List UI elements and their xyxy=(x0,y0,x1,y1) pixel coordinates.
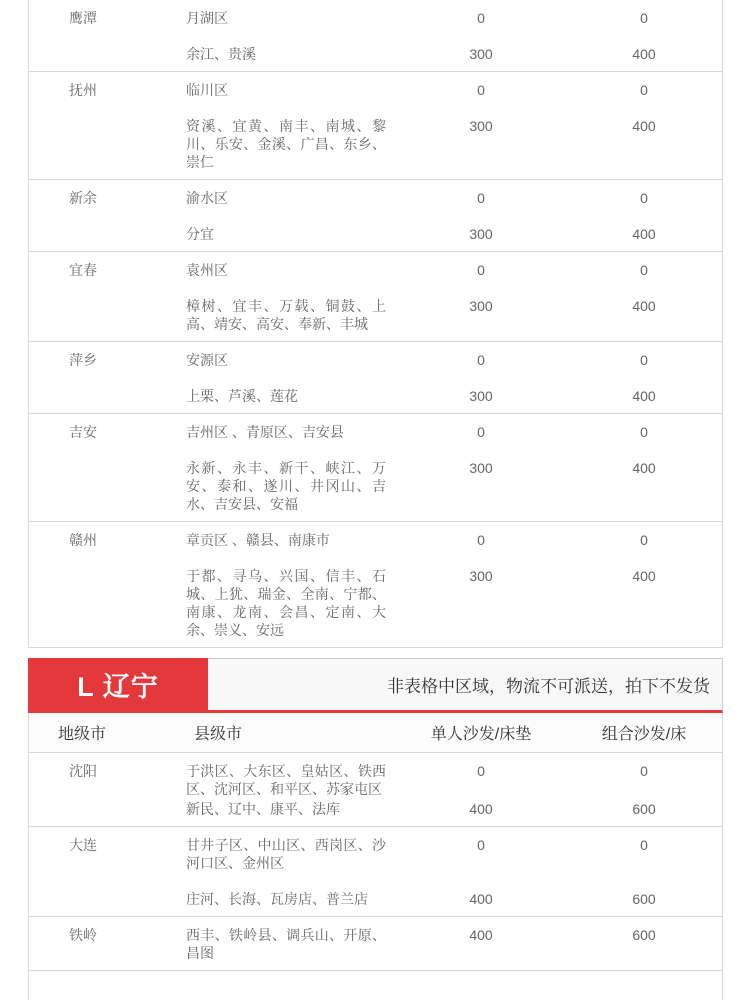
fee-subrow: 章贡区 、赣县、南康市00 xyxy=(159,531,722,549)
combo-sofa-fee: 0 xyxy=(566,531,722,549)
single-sofa-fee: 0 xyxy=(396,531,566,549)
single-sofa-fee: 400 xyxy=(396,926,566,962)
city-group-row: 大连甘井子区、中山区、西岗区、沙河口区、金州区00庄河、长海、瓦房店、普兰店40… xyxy=(29,827,722,917)
fee-subrow: 余江、贵溪300400 xyxy=(159,45,722,63)
county-list: 于都、寻乌、兴国、信丰、石城、上犹、瑞金、全南、宁都、南康、龙南、会昌、定南、大… xyxy=(159,567,396,639)
county-list: 吉州区 、青原区、吉安县 xyxy=(159,423,396,441)
county-list: 余江、贵溪 xyxy=(159,45,396,63)
combo-sofa-fee: 600 xyxy=(566,890,722,908)
city-name: 大连 xyxy=(29,836,159,908)
liaoning-section-banner: L 辽宁 非表格中区域，物流不可派送，拍下不发货 xyxy=(28,658,723,713)
fee-subrow: 樟树、宜丰、万载、铜鼓、上高、靖安、高安、奉新、丰城300400 xyxy=(159,297,722,333)
city-name: 宜春 xyxy=(29,261,159,333)
jiangxi-fee-table: 鹰潭月湖区00余江、贵溪300400抚州临川区00资溪、宜黄、南丰、南城、黎川、… xyxy=(28,0,723,648)
single-sofa-fee: 0 xyxy=(396,836,566,872)
table-header-row: 地级市 县级市 单人沙发/床垫 组合沙发/床 xyxy=(29,713,722,753)
combo-sofa-fee: 400 xyxy=(566,297,722,333)
city-group-row: 沈阳于洪区、大东区、皇姑区、铁西区、沈河区、和平区、苏家屯区00新民、辽中、康平… xyxy=(29,753,722,827)
fee-subrows: 安源区00上栗、芦溪、莲花300400 xyxy=(159,351,722,405)
fee-subrows: 渝水区00分宜300400 xyxy=(159,189,722,243)
city-group-row: 吉安吉州区 、青原区、吉安县00永新、永丰、新干、峡江、万安、泰和、遂川、井冈山… xyxy=(29,414,722,522)
single-sofa-fee: 0 xyxy=(396,261,566,279)
county-list: 月湖区 xyxy=(159,9,396,27)
city-group-row: 铁岭西丰、铁岭县、调兵山、开原、昌图400600 xyxy=(29,917,722,971)
county-list: 资溪、宜黄、南丰、南城、黎川、乐安、金溪、广昌、东乡、崇仁 xyxy=(159,117,396,171)
single-sofa-fee: 0 xyxy=(396,762,566,798)
fee-subrow: 袁州区00 xyxy=(159,261,722,279)
fee-subrow: 渝水区00 xyxy=(159,189,722,207)
shipping-fee-page: 鹰潭月湖区00余江、贵溪300400抚州临川区00资溪、宜黄、南丰、南城、黎川、… xyxy=(28,0,723,1000)
fee-subrow: 临川区00 xyxy=(159,81,722,99)
county-list: 袁州区 xyxy=(159,261,396,279)
single-sofa-fee: 400 xyxy=(396,890,566,908)
single-sofa-fee: 400 xyxy=(396,800,566,818)
county-list: 庄河、长海、瓦房店、普兰店 xyxy=(159,890,396,908)
fee-subrow: 分宜300400 xyxy=(159,225,722,243)
combo-sofa-fee: 0 xyxy=(566,351,722,369)
fee-subrow: 安源区00 xyxy=(159,351,722,369)
fee-subrows: 袁州区00樟树、宜丰、万载、铜鼓、上高、靖安、高安、奉新、丰城300400 xyxy=(159,261,722,333)
fee-subrow: 于洪区、大东区、皇姑区、铁西区、沈河区、和平区、苏家屯区00 xyxy=(159,762,722,798)
combo-sofa-fee: 0 xyxy=(566,9,722,27)
column-header-combo-sofa-fee: 组合沙发/床 xyxy=(566,721,722,744)
city-group-row: 宜春袁州区00樟树、宜丰、万载、铜鼓、上高、靖安、高安、奉新、丰城300400 xyxy=(29,252,722,342)
single-sofa-fee: 0 xyxy=(396,189,566,207)
county-list: 上栗、芦溪、莲花 xyxy=(159,387,396,405)
county-list: 西丰、铁岭县、调兵山、开原、昌图 xyxy=(159,926,396,962)
liaoning-fee-table: 地级市 县级市 单人沙发/床垫 组合沙发/床 沈阳于洪区、大东区、皇姑区、铁西区… xyxy=(28,713,723,1000)
combo-sofa-fee: 400 xyxy=(566,459,722,513)
fee-subrows: 吉州区 、青原区、吉安县00永新、永丰、新干、峡江、万安、泰和、遂川、井冈山、吉… xyxy=(159,423,722,513)
city-name: 抚州 xyxy=(29,81,159,171)
fee-subrow: 资溪、宜黄、南丰、南城、黎川、乐安、金溪、广昌、东乡、崇仁300400 xyxy=(159,117,722,171)
column-header-single-sofa-fee: 单人沙发/床垫 xyxy=(396,721,566,744)
single-sofa-fee: 300 xyxy=(396,45,566,63)
city-name: 萍乡 xyxy=(29,351,159,405)
city-group-row: 新余渝水区00分宜300400 xyxy=(29,180,722,252)
combo-sofa-fee: 0 xyxy=(566,762,722,798)
fee-subrows: 甘井子区、中山区、西岗区、沙河口区、金州区00庄河、长海、瓦房店、普兰店4006… xyxy=(159,836,722,908)
combo-sofa-fee: 400 xyxy=(566,225,722,243)
fee-subrow: 新民、辽中、康平、法库400600 xyxy=(159,800,722,818)
combo-sofa-fee: 0 xyxy=(566,836,722,872)
city-group-row: 萍乡安源区00上栗、芦溪、莲花300400 xyxy=(29,342,722,414)
fee-subrow: 月湖区00 xyxy=(159,9,722,27)
city-group-row: 鹰潭月湖区00余江、贵溪300400 xyxy=(29,0,722,72)
single-sofa-fee: 300 xyxy=(396,387,566,405)
fee-subrow: 于都、寻乌、兴国、信丰、石城、上犹、瑞金、全南、宁都、南康、龙南、会昌、定南、大… xyxy=(159,567,722,639)
fee-subrow: 永新、永丰、新干、峡江、万安、泰和、遂川、井冈山、吉水、吉安县、安福300400 xyxy=(159,459,722,513)
city-name: 沈阳 xyxy=(29,762,159,818)
combo-sofa-fee: 0 xyxy=(566,261,722,279)
fee-subrows: 章贡区 、赣县、南康市00于都、寻乌、兴国、信丰、石城、上犹、瑞金、全南、宁都、… xyxy=(159,531,722,639)
county-list: 临川区 xyxy=(159,81,396,99)
combo-sofa-fee: 600 xyxy=(566,926,722,962)
single-sofa-fee: 300 xyxy=(396,567,566,639)
combo-sofa-fee: 0 xyxy=(566,81,722,99)
fee-subrows: 临川区00资溪、宜黄、南丰、南城、黎川、乐安、金溪、广昌、东乡、崇仁300400 xyxy=(159,81,722,171)
combo-sofa-fee: 400 xyxy=(566,567,722,639)
county-list: 分宜 xyxy=(159,225,396,243)
county-list: 樟树、宜丰、万载、铜鼓、上高、靖安、高安、奉新、丰城 xyxy=(159,297,396,333)
single-sofa-fee: 300 xyxy=(396,459,566,513)
fee-subrow: 吉州区 、青原区、吉安县00 xyxy=(159,423,722,441)
combo-sofa-fee: 400 xyxy=(566,45,722,63)
city-name: 新余 xyxy=(29,189,159,243)
city-name: 铁岭 xyxy=(29,926,159,962)
next-row-partial xyxy=(29,971,722,1000)
county-list: 渝水区 xyxy=(159,189,396,207)
county-list: 安源区 xyxy=(159,351,396,369)
city-group-row: 抚州临川区00资溪、宜黄、南丰、南城、黎川、乐安、金溪、广昌、东乡、崇仁3004… xyxy=(29,72,722,180)
fee-subrows: 月湖区00余江、贵溪300400 xyxy=(159,9,722,63)
combo-sofa-fee: 400 xyxy=(566,387,722,405)
fee-subrow: 甘井子区、中山区、西岗区、沙河口区、金州区00 xyxy=(159,836,722,872)
single-sofa-fee: 300 xyxy=(396,225,566,243)
column-header-county-level: 县级市 xyxy=(159,721,396,744)
single-sofa-fee: 0 xyxy=(396,9,566,27)
single-sofa-fee: 0 xyxy=(396,351,566,369)
fee-subrow: 庄河、长海、瓦房店、普兰店400600 xyxy=(159,890,722,908)
city-name: 鹰潭 xyxy=(29,9,159,63)
combo-sofa-fee: 600 xyxy=(566,800,722,818)
delivery-notice-text: 非表格中区域，物流不可派送，拍下不发货 xyxy=(387,672,722,697)
combo-sofa-fee: 0 xyxy=(566,423,722,441)
county-list: 新民、辽中、康平、法库 xyxy=(159,800,396,818)
county-list: 章贡区 、赣县、南康市 xyxy=(159,531,396,549)
single-sofa-fee: 0 xyxy=(396,423,566,441)
fee-subrows: 西丰、铁岭县、调兵山、开原、昌图400600 xyxy=(159,926,722,962)
city-name: 赣州 xyxy=(29,531,159,639)
combo-sofa-fee: 400 xyxy=(566,117,722,171)
province-label-badge: L 辽宁 xyxy=(28,658,208,710)
single-sofa-fee: 0 xyxy=(396,81,566,99)
fee-subrows: 于洪区、大东区、皇姑区、铁西区、沈河区、和平区、苏家屯区00新民、辽中、康平、法… xyxy=(159,762,722,818)
single-sofa-fee: 300 xyxy=(396,117,566,171)
column-header-city-level: 地级市 xyxy=(29,721,159,744)
fee-subrow: 西丰、铁岭县、调兵山、开原、昌图400600 xyxy=(159,926,722,962)
city-group-row: 赣州章贡区 、赣县、南康市00于都、寻乌、兴国、信丰、石城、上犹、瑞金、全南、宁… xyxy=(29,522,722,648)
single-sofa-fee: 300 xyxy=(396,297,566,333)
fee-subrow: 上栗、芦溪、莲花300400 xyxy=(159,387,722,405)
city-name: 吉安 xyxy=(29,423,159,513)
county-list: 于洪区、大东区、皇姑区、铁西区、沈河区、和平区、苏家屯区 xyxy=(159,762,396,798)
combo-sofa-fee: 0 xyxy=(566,189,722,207)
county-list: 永新、永丰、新干、峡江、万安、泰和、遂川、井冈山、吉水、吉安县、安福 xyxy=(159,459,396,513)
county-list: 甘井子区、中山区、西岗区、沙河口区、金州区 xyxy=(159,836,396,872)
